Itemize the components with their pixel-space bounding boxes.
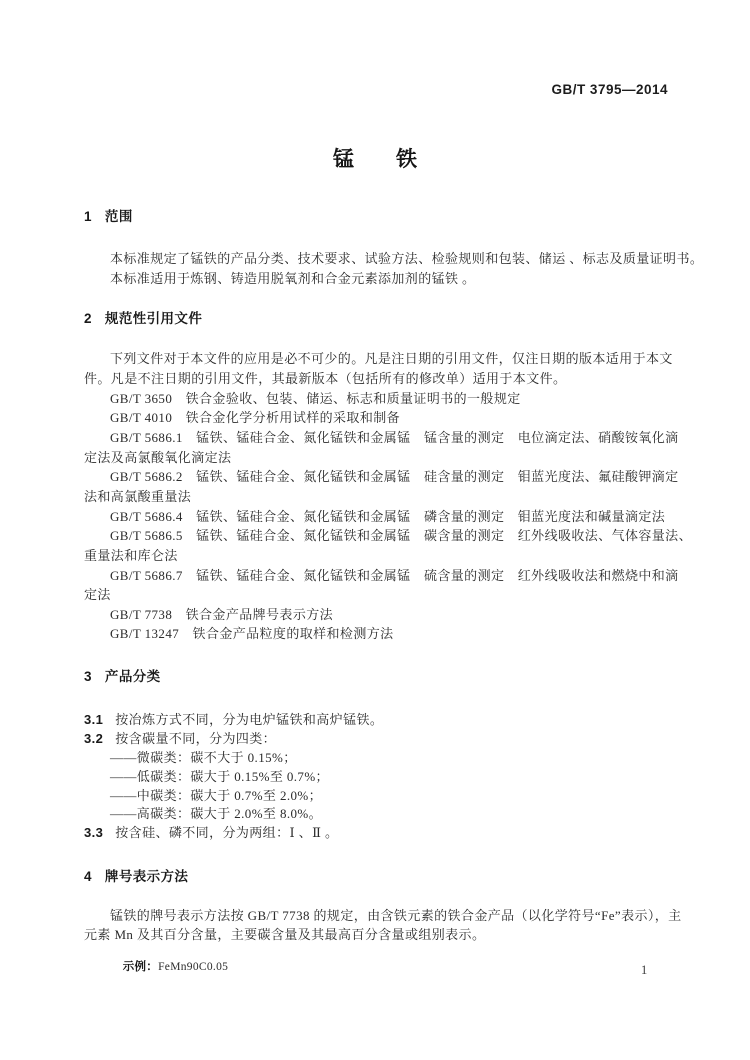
clause-number: 3.2 — [84, 731, 103, 746]
example-line: 示例：FeMn90C0.05 — [110, 946, 228, 986]
text-line: 法和高氯酸重量法 — [84, 489, 191, 504]
text-line: GB/T 4010 铁合金化学分析用试样的采取和制备 — [110, 410, 400, 425]
text-line: GB/T 5686.4 锰铁、锰硅合金、氮化锰铁和金属锰 磷含量的测定 钼蓝光度… — [110, 509, 665, 524]
clause-title: 规范性引用文件 — [105, 311, 202, 326]
clause-line: 3.2按含碳量不同，分为四类： — [84, 731, 276, 746]
example-value: FeMn90C0.05 — [158, 961, 228, 973]
text-line: 下列文件对于本文件的应用是必不可少的。凡是注日期的引用文件，仅注日期的版本适用于… — [110, 351, 673, 366]
clause-line: 4牌号表示方法 — [84, 869, 188, 884]
clause-number: 1 — [84, 209, 92, 224]
text-line: 定法及高氯酸氧化滴定法 — [84, 450, 231, 465]
text-line: 元素 Mn 及其百分含量，主要碳含量及其最高百分含量或组别表示。 — [84, 927, 485, 942]
clause-number: 4 — [84, 869, 92, 884]
document-page: GB/T 3795—2014 锰 铁 1范围本标准规定了锰铁的产品分类、技术要求… — [0, 0, 750, 1060]
clause-title: 按含碳量不同，分为四类： — [115, 731, 276, 746]
clause-line: 3.3按含硅、磷不同，分为两组：Ⅰ 、Ⅱ 。 — [84, 825, 338, 840]
text-line: 重量法和库仑法 — [84, 548, 178, 563]
text-line: 本标准规定了锰铁的产品分类、技术要求、试验方法、检验规则和包装、储运 、标志及质… — [110, 251, 703, 266]
text-line: 定法 — [84, 587, 111, 602]
text-line: GB/T 5686.5 锰铁、锰硅合金、氮化锰铁和金属锰 碳含量的测定 红外线吸… — [110, 528, 692, 543]
text-line: ——低碳类：碳大于 0.15%至 0.7%； — [110, 769, 329, 784]
text-line: 本标准适用于炼钢、铸造用脱氧剂和合金元素添加剂的锰铁 。 — [110, 271, 475, 286]
text-line: ——中碳类：碳大于 0.7%至 2.0%； — [110, 788, 322, 803]
clause-line: 2规范性引用文件 — [84, 311, 202, 326]
text-line: GB/T 5686.7 锰铁、锰硅合金、氮化锰铁和金属锰 硫含量的测定 红外线吸… — [110, 568, 679, 583]
page-number: 1 — [641, 963, 647, 978]
clause-number: 2 — [84, 311, 92, 326]
clause-line: 3产品分类 — [84, 669, 161, 684]
text-line: GB/T 13247 铁合金产品粒度的取样和检测方法 — [110, 626, 394, 641]
example-label: 示例： — [123, 961, 158, 973]
text-line: GB/T 5686.2 锰铁、锰硅合金、氮化锰铁和金属锰 硅含量的测定 钼蓝光度… — [110, 469, 679, 484]
clause-title: 按含硅、磷不同，分为两组：Ⅰ 、Ⅱ 。 — [115, 825, 338, 840]
clause-title: 牌号表示方法 — [105, 869, 188, 884]
clause-title: 按冶炼方式不同，分为电炉锰铁和高炉锰铁。 — [115, 712, 383, 727]
clause-title: 产品分类 — [105, 669, 161, 684]
text-line: ——高碳类：碳大于 2.0%至 8.0%。 — [110, 806, 322, 821]
clause-line: 3.1按冶炼方式不同，分为电炉锰铁和高炉锰铁。 — [84, 712, 383, 727]
clause-number: 3.3 — [84, 825, 103, 840]
standard-number-header: GB/T 3795—2014 — [551, 82, 668, 97]
text-line: 件。凡是不注日期的引用文件，其最新版本（包括所有的修改单）适用于本文件。 — [84, 371, 566, 386]
text-line: 锰铁的牌号表示方法按 GB/T 7738 的规定，由含铁元素的铁合金产品（以化学… — [110, 908, 682, 923]
text-line: GB/T 7738 铁合金产品牌号表示方法 — [110, 607, 333, 622]
document-title: 锰 铁 — [0, 143, 750, 173]
text-line: GB/T 5686.1 锰铁、锰硅合金、氮化锰铁和金属锰 锰含量的测定 电位滴定… — [110, 430, 679, 445]
clause-line: 1范围 — [84, 209, 133, 224]
clause-number: 3.1 — [84, 712, 103, 727]
text-line: GB/T 3650 铁合金验收、包装、储运、标志和质量证明书的一般规定 — [110, 391, 521, 406]
clause-title: 范围 — [105, 209, 133, 224]
clause-number: 3 — [84, 669, 92, 684]
text-line: ——微碳类：碳不大于 0.15%； — [110, 750, 297, 765]
